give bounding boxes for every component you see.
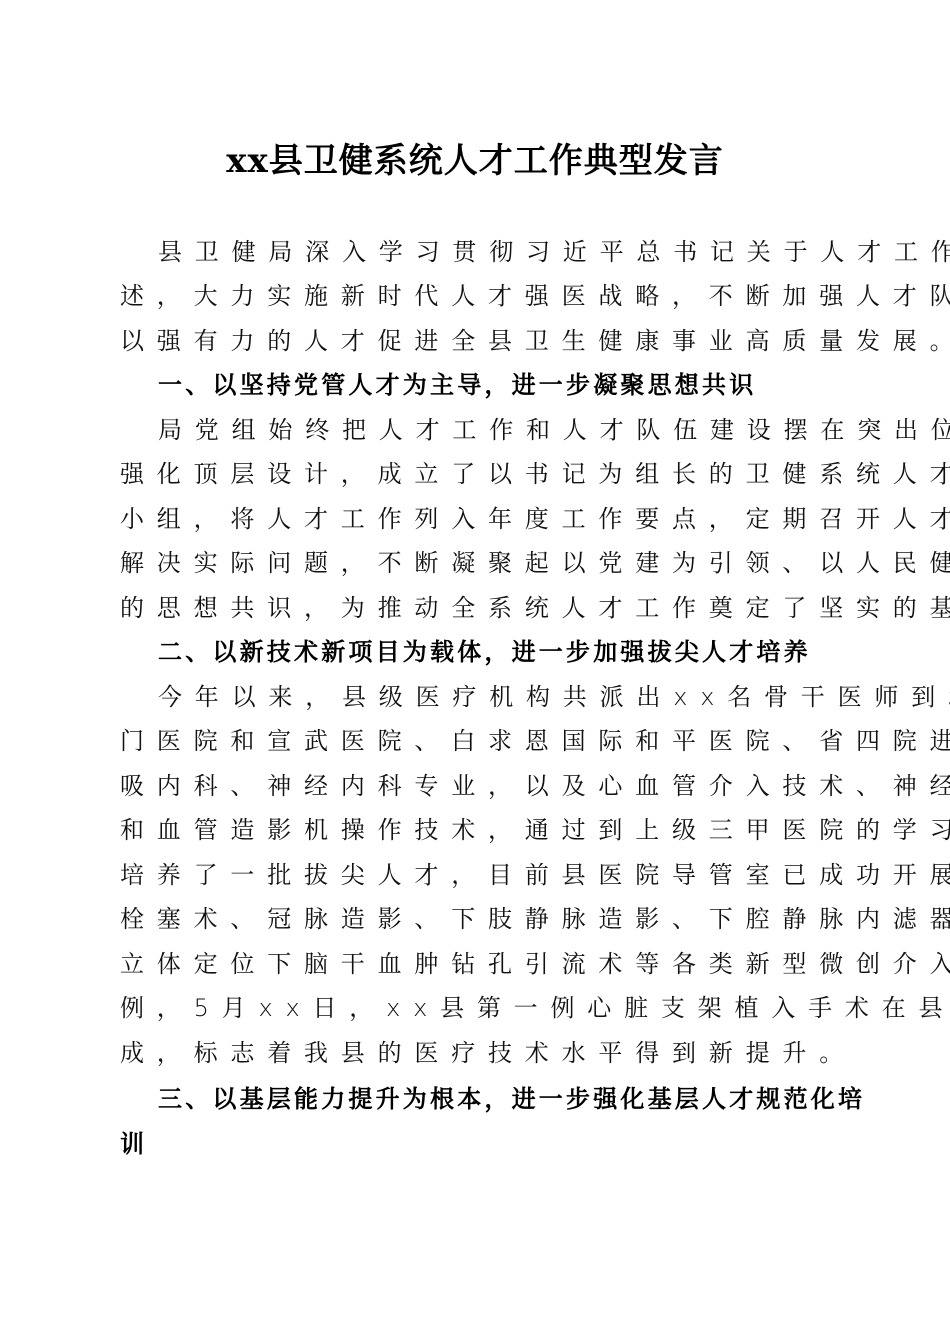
section2-line-3: 吸内科、神经内科专业，以及心血管介入技术、神经介入技术 [120,764,840,808]
section1-line-3: 小组，将人才工作列入年度工作要点，定期召开人才专题会议 [120,497,840,541]
section1-line-1: 局党组始终把人才工作和人才队伍建设摆在突出位置，不断 [158,408,878,452]
section2-line-4: 和血管造影机操作技术，通过到上级三甲医院的学习，为我县 [120,808,840,852]
section2-line-5: 培养了一批拔尖人才，目前县医院导管室已成功开展脑动脉瘤 [120,853,840,897]
section2-line-6: 栓塞术、冠脉造影、下肢静脉造影、下腔静脉内滤器植入术、 [120,897,840,941]
section2-line-2: 门医院和宣武医院、白求恩国际和平医院、省四院进修学习呼 [120,719,840,763]
section-heading-2: 二、以新技术新项目为载体，进一步加强拔尖人才培养 [158,630,878,674]
intro-line-1: 县卫健局深入学习贯彻习近平总书记关于人才工作的重要论 [158,230,878,274]
section1-line-5: 的思想共识，为推动全系统人才工作奠定了坚实的基础。 [120,586,840,630]
document-page: xx县卫健系统人才工作典型发言 县卫健局深入学习贯彻习近平总书记关于人才工作的重… [0,0,950,1344]
section1-line-4: 解决实际问题，不断凝聚起以党建为引领、以人民健康为中心 [120,541,840,585]
section-heading-3-cont: 训 [120,1122,840,1166]
section2-line-9: 成，标志着我县的医疗技术水平得到新提升。 [120,1031,840,1075]
section2-line-1: 今年以来，县级医疗机构共派出xx名骨干医师到北京东直 [158,675,878,719]
intro-line-2: 述，大力实施新时代人才强医战略，不断加强人才队伍建设， [120,274,840,318]
section-heading-1: 一、以坚持党管人才为主导，进一步凝聚思想共识 [158,363,878,407]
section-heading-3: 三、以基层能力提升为根本，进一步强化基层人才规范化培 [158,1077,878,1121]
document-title: xx县卫健系统人才工作典型发言 [0,138,950,184]
intro-line-3: 以强有力的人才促进全县卫生健康事业高质量发展。 [120,319,840,363]
section1-line-2: 强化顶层设计，成立了以书记为组长的卫健系统人才工作领导 [120,452,840,496]
section2-line-8: 例，5月xx日，xx县第一例心脏支架植入手术在县医院成功完 [120,986,840,1030]
section2-line-7: 立体定位下脑干血肿钻孔引流术等各类新型微创介入手术xx余 [120,942,840,986]
